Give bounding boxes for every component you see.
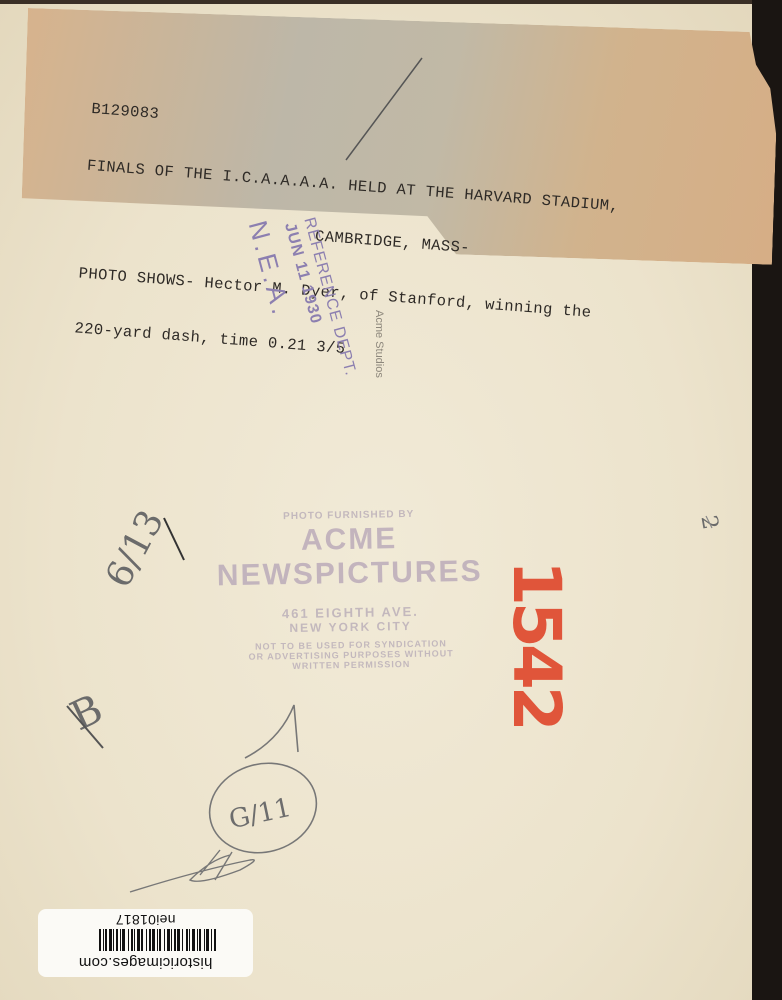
caption-line-3: PHOTO SHOWS- Hector M. Dyer, of Stanford… xyxy=(78,264,757,335)
acme-stamp-name: ACME NEWSPICTURES xyxy=(169,520,530,594)
sticker-code: nei01817 xyxy=(38,912,253,928)
red-crayon-number: 1542 xyxy=(498,560,575,728)
top-edge xyxy=(0,0,752,4)
caption-line-2: CAMBRIDGE, MASS- xyxy=(82,210,761,281)
sticker-site: historicimages.com xyxy=(38,954,253,971)
caption-text: B129083 FINALS OF THE I.C.A.A.A.A. HELD … xyxy=(72,62,773,409)
historicimages-sticker: historicimages.com nei01817 xyxy=(38,909,253,977)
caption-id: B129083 xyxy=(91,100,770,171)
barcode-icon xyxy=(66,929,216,951)
acme-studios-small-stamp: Acme Studios xyxy=(373,310,385,378)
acme-newspictures-stamp: PHOTO FURNISHED BY ACME NEWSPICTURES 461… xyxy=(169,507,532,673)
